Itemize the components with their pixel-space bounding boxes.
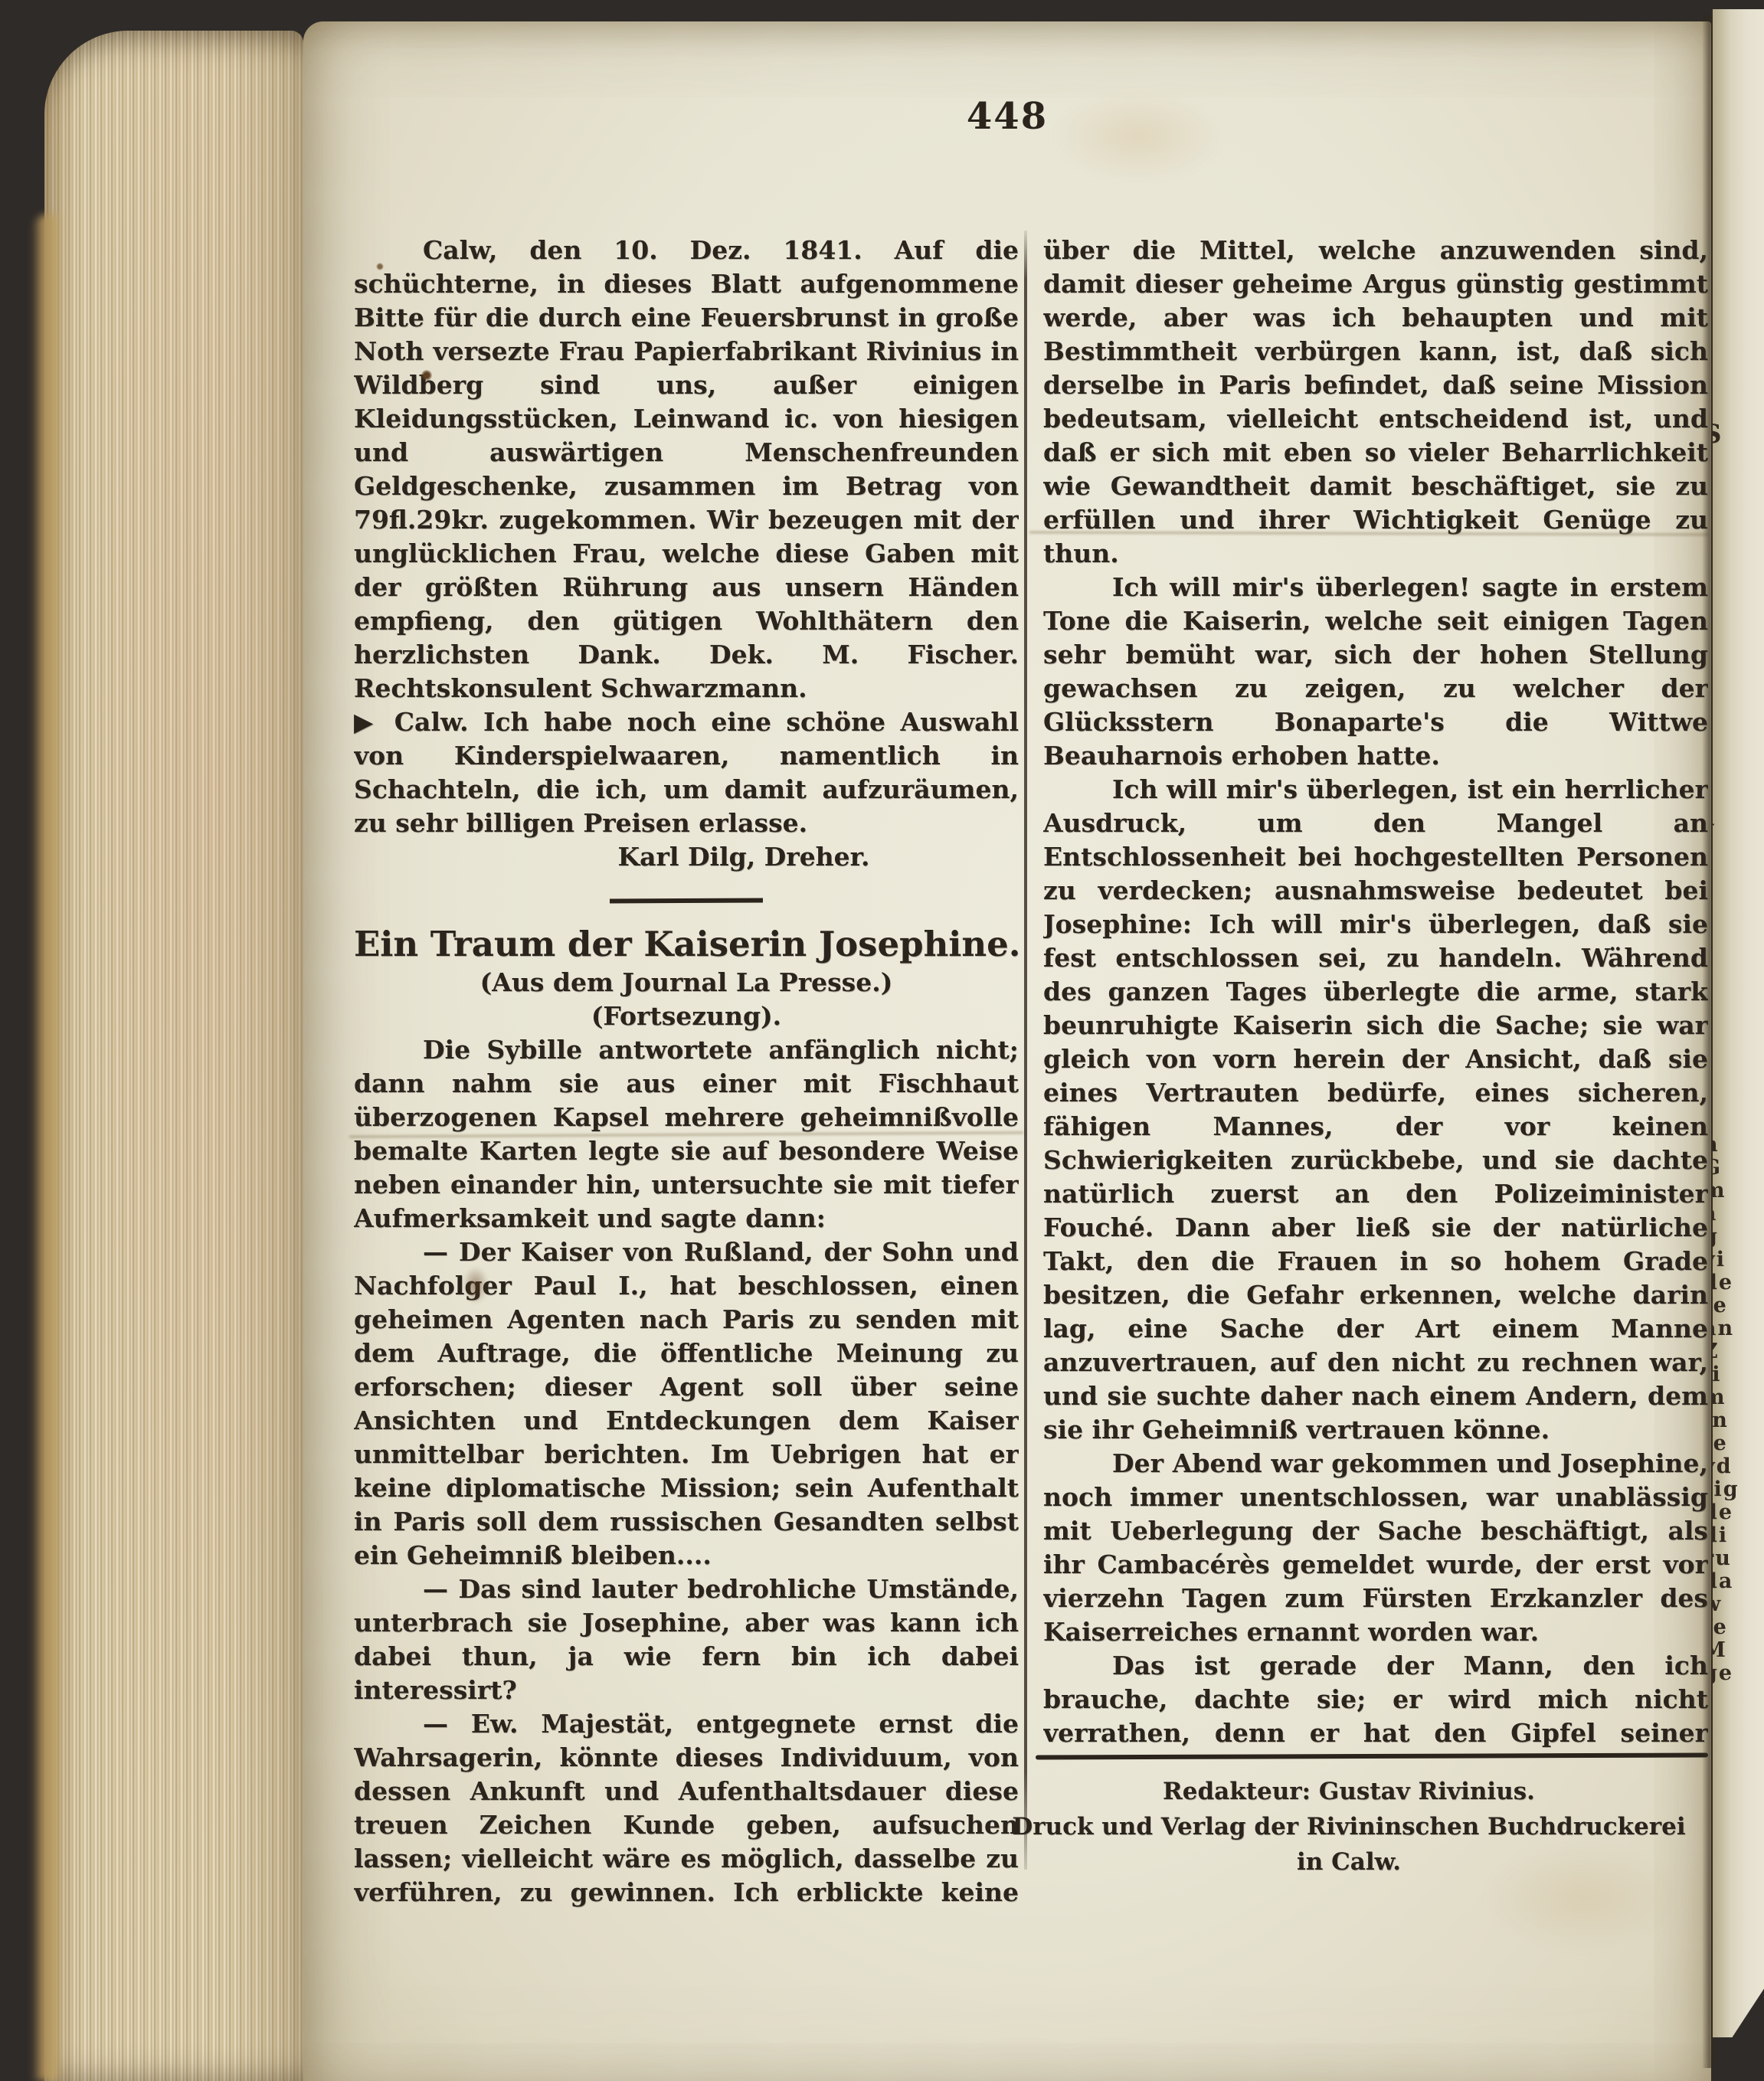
paragraph: Ich will mir's überlegen, ist ein herrli… xyxy=(1043,773,1708,1447)
scanned-book-photo: 448 Calw, den 10. Dez. 1841. Auf die sch… xyxy=(0,0,1764,2081)
paper-stain xyxy=(1483,1844,1682,1952)
section-divider xyxy=(610,898,763,903)
book-page: 448 Calw, den 10. Dez. 1841. Auf die sch… xyxy=(303,21,1711,2081)
column-divider-rule xyxy=(1024,231,1027,1870)
page-gutter-shadow xyxy=(1702,15,1714,2068)
right-text-column: über die Mittel, welche anzuwenden sind,… xyxy=(1043,234,1708,1752)
paper-smudge xyxy=(463,1266,489,1304)
paragraph: Der Abend war gekommen und Josephine, no… xyxy=(1043,1447,1708,1649)
paragraph: Calw, den 10. Dez. 1841. Auf die schücht… xyxy=(354,234,1019,705)
article-subtitle: (Aus dem Journal La Presse.) xyxy=(354,966,1019,1000)
paragraph: Das ist gerade der Mann, den ich brauche… xyxy=(1043,1649,1708,1752)
article-title: Ein Traum der Kaiserin Josephine. xyxy=(354,923,1019,966)
left-text-column: Calw, den 10. Dez. 1841. Auf die schücht… xyxy=(354,234,1019,1915)
imprint-divider-rule xyxy=(1036,1752,1708,1759)
next-page-edge: S J h G m a g vi de fe an Z li m in fe v… xyxy=(1713,9,1764,2037)
paper-stain xyxy=(1054,90,1222,182)
paragraph: — Das sind lauter bedrohliche Umstände, … xyxy=(354,1572,1019,1707)
clipped-letter-fragments: S xyxy=(1713,423,1723,446)
page-number: 448 xyxy=(967,95,1048,138)
paragraph: ▶ Calw. Ich habe noch eine schöne Auswah… xyxy=(354,705,1019,840)
article-subtitle: (Fortsezung). xyxy=(354,1000,1019,1033)
ink-spot xyxy=(421,370,432,381)
signature-line: Karl Dilg, Dreher. xyxy=(354,840,1019,874)
imprint-line: Redakteur: Gustav Rivinius. xyxy=(985,1774,1713,1809)
paragraph: — Der Kaiser von Rußland, der Sohn und N… xyxy=(354,1235,1019,1572)
book-fore-edge xyxy=(44,31,303,2081)
paragraph: über die Mittel, welche anzuwenden sind,… xyxy=(1043,234,1708,571)
paragraph: — Ew. Majestät, entgegnete ernst die Wah… xyxy=(354,1707,1019,1915)
clipped-letter-fragments: J xyxy=(1713,823,1717,846)
imprint-line: Druck und Verlag der Rivininschen Buchdr… xyxy=(985,1809,1713,1844)
ink-spot xyxy=(376,263,384,270)
paragraph: Ich will mir's überlegen! sagte in erste… xyxy=(1043,571,1708,773)
clipped-letter-fragments: h G m a g vi de fe an Z li m in fe vd ti… xyxy=(1713,1134,1739,1708)
